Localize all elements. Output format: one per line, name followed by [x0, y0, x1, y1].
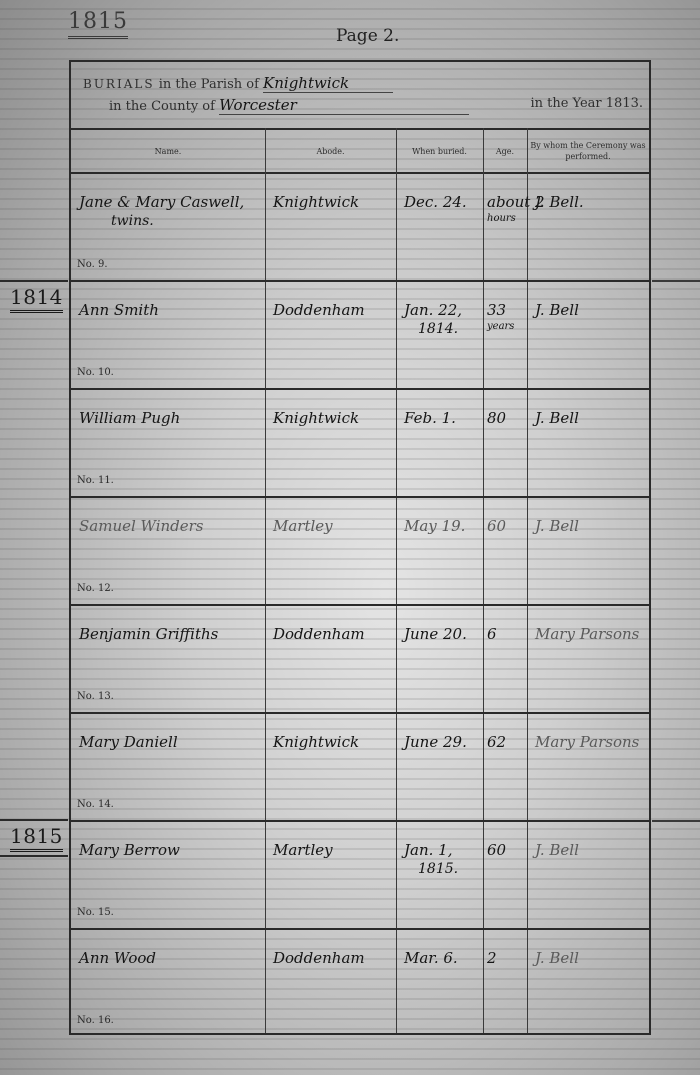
cell-officiant: J. Bell — [527, 497, 649, 604]
column-header-age: Age. — [483, 130, 527, 172]
entry-name: Mary Berrow — [79, 841, 180, 859]
page-number: Page 2. — [336, 26, 399, 46]
entry-date: Dec. 24. — [404, 193, 467, 211]
cell-date: Dec. 24. — [396, 173, 483, 280]
entry-date: June 29. — [404, 733, 467, 751]
cell-date: Mar. 6. — [396, 929, 483, 1036]
entry-officiant: J. Bell — [535, 841, 579, 859]
cell-officiant: J. Bell — [527, 281, 649, 388]
table-row: Mary BerrowMartleyJan. 1,1815.60J. BellN… — [71, 821, 649, 928]
entry-age: 33 — [487, 301, 506, 319]
cell-date: Jan. 22,1814. — [396, 281, 483, 388]
entry-age: 80 — [487, 409, 506, 427]
entry-number: No. 16. — [77, 1015, 114, 1026]
entry-number: No. 9. — [77, 259, 108, 270]
margin-year-1815: 1815 — [10, 825, 63, 852]
margin-divider — [652, 820, 700, 822]
cell-age: 62 — [483, 713, 527, 820]
table-row: Jane & Mary Caswell,twins.KnightwickDec.… — [71, 173, 649, 280]
cell-date: June 20. — [396, 605, 483, 712]
county-name: Worcester — [219, 96, 469, 115]
parish-name: Knightwick — [263, 74, 393, 93]
entry-date: Jan. 22, — [404, 301, 462, 319]
margin-divider — [0, 819, 68, 821]
cell-date: June 29. — [396, 713, 483, 820]
cell-officiant: J. Bell — [527, 821, 649, 928]
cell-age: 6 — [483, 605, 527, 712]
entry-date: May 19. — [404, 517, 465, 535]
column-header-when-buried: When buried. — [396, 130, 483, 172]
cell-age: 33years — [483, 281, 527, 388]
cell-abode: Doddenham — [265, 281, 396, 388]
entry-age: 6 — [487, 625, 497, 643]
entry-name: Ann Smith — [79, 301, 159, 319]
cell-abode: Martley — [265, 497, 396, 604]
entry-number: No. 10. — [77, 367, 114, 378]
entry-age: 60 — [487, 517, 506, 535]
register-title: BURIALS in the Parish of Knightwick in t… — [71, 62, 649, 128]
cell-officiant: J. Bell. — [527, 173, 649, 280]
cell-age: 60 — [483, 497, 527, 604]
entry-number: No. 14. — [77, 799, 114, 810]
title-parish-text: in the Parish of — [159, 77, 259, 92]
entry-officiant: Mary Parsons — [535, 625, 639, 643]
entry-abode: Knightwick — [273, 733, 359, 751]
entry-name: William Pugh — [79, 409, 180, 427]
cell-age: 2 — [483, 929, 527, 1036]
entry-number: No. 13. — [77, 691, 114, 702]
cell-abode: Doddenham — [265, 605, 396, 712]
entry-officiant: J. Bell — [535, 517, 579, 535]
table-row: Benjamin GriffithsDoddenhamJune 20.6Mary… — [71, 605, 649, 712]
title-line-county: in the County of Worcester in the Year 1… — [109, 96, 649, 115]
entry-name: Samuel Winders — [79, 517, 204, 535]
column-header-name: Name. — [71, 130, 265, 172]
cell-age: 60 — [483, 821, 527, 928]
cell-date: May 19. — [396, 497, 483, 604]
table-row: William PughKnightwickFeb. 1.80J. BellNo… — [71, 389, 649, 496]
entry-abode: Doddenham — [273, 949, 365, 967]
entry-date: June 20. — [404, 625, 467, 643]
entry-date: Mar. 6. — [404, 949, 458, 967]
title-burials: BURIALS — [83, 77, 155, 91]
entry-name: Mary Daniell — [79, 733, 178, 751]
entry-number: No. 11. — [77, 475, 114, 486]
title-line-parish: BURIALS in the Parish of Knightwick — [83, 74, 393, 93]
entry-officiant: J. Bell — [535, 409, 579, 427]
entry-number: No. 12. — [77, 583, 114, 594]
entry-abode: Doddenham — [273, 625, 365, 643]
entry-number: No. 15. — [77, 907, 114, 918]
cell-officiant: J. Bell — [527, 929, 649, 1036]
entry-abode: Martley — [273, 517, 333, 535]
cell-abode: Knightwick — [265, 713, 396, 820]
margin-divider — [0, 280, 68, 282]
register-page: 1815 Page 2. BURIALS in the Parish of Kn… — [0, 0, 700, 1075]
entry-officiant: J. Bell — [535, 949, 579, 967]
entry-abode: Martley — [273, 841, 333, 859]
entry-age-line2: years — [487, 321, 514, 332]
cell-abode: Martley — [265, 821, 396, 928]
cell-date: Feb. 1. — [396, 389, 483, 496]
margin-divider — [652, 280, 700, 282]
entry-date-line2: 1814. — [418, 321, 458, 337]
column-header-officiant: By whom the Ceremony was performed. — [527, 130, 649, 172]
cell-abode: Knightwick — [265, 389, 396, 496]
entry-officiant: Mary Parsons — [535, 733, 639, 751]
table-row: Samuel WindersMartleyMay 19.60J. BellNo.… — [71, 497, 649, 604]
entry-date: Jan. 1, — [404, 841, 452, 859]
entry-abode: Doddenham — [273, 301, 365, 319]
entry-abode: Knightwick — [273, 409, 359, 427]
entry-age: 62 — [487, 733, 506, 751]
cell-age: 80 — [483, 389, 527, 496]
title-county-text: in the County of — [109, 99, 215, 114]
entry-name: Benjamin Griffiths — [79, 625, 218, 643]
table-row: Ann WoodDoddenhamMar. 6.2J. BellNo. 16. — [71, 929, 649, 1036]
entry-age: 2 — [487, 949, 497, 967]
cell-abode: Knightwick — [265, 173, 396, 280]
entry-officiant: J. Bell — [535, 301, 579, 319]
entry-date: Feb. 1. — [404, 409, 456, 427]
table-row: Ann SmithDoddenhamJan. 22,1814.33yearsJ.… — [71, 281, 649, 388]
cell-officiant: Mary Parsons — [527, 713, 649, 820]
cell-date: Jan. 1,1815. — [396, 821, 483, 928]
entry-name: Jane & Mary Caswell, — [79, 193, 244, 211]
entry-abode: Knightwick — [273, 193, 359, 211]
entry-age-line2: hours — [487, 213, 516, 224]
cell-age: about 2hours — [483, 173, 527, 280]
margin-year-1814: 1814 — [10, 286, 63, 313]
entry-name-line2: twins. — [111, 213, 154, 229]
entry-name: Ann Wood — [79, 949, 156, 967]
margin-divider — [0, 855, 68, 857]
entry-date-line2: 1815. — [418, 861, 458, 877]
column-header-abode: Abode. — [265, 130, 396, 172]
entry-age: 60 — [487, 841, 506, 859]
corner-year: 1815 — [68, 10, 128, 39]
entry-officiant: J. Bell. — [535, 193, 584, 211]
cell-abode: Doddenham — [265, 929, 396, 1036]
table-row: Mary DaniellKnightwickJune 29.62Mary Par… — [71, 713, 649, 820]
title-year: in the Year 1813. — [530, 96, 643, 111]
cell-officiant: J. Bell — [527, 389, 649, 496]
cell-officiant: Mary Parsons — [527, 605, 649, 712]
